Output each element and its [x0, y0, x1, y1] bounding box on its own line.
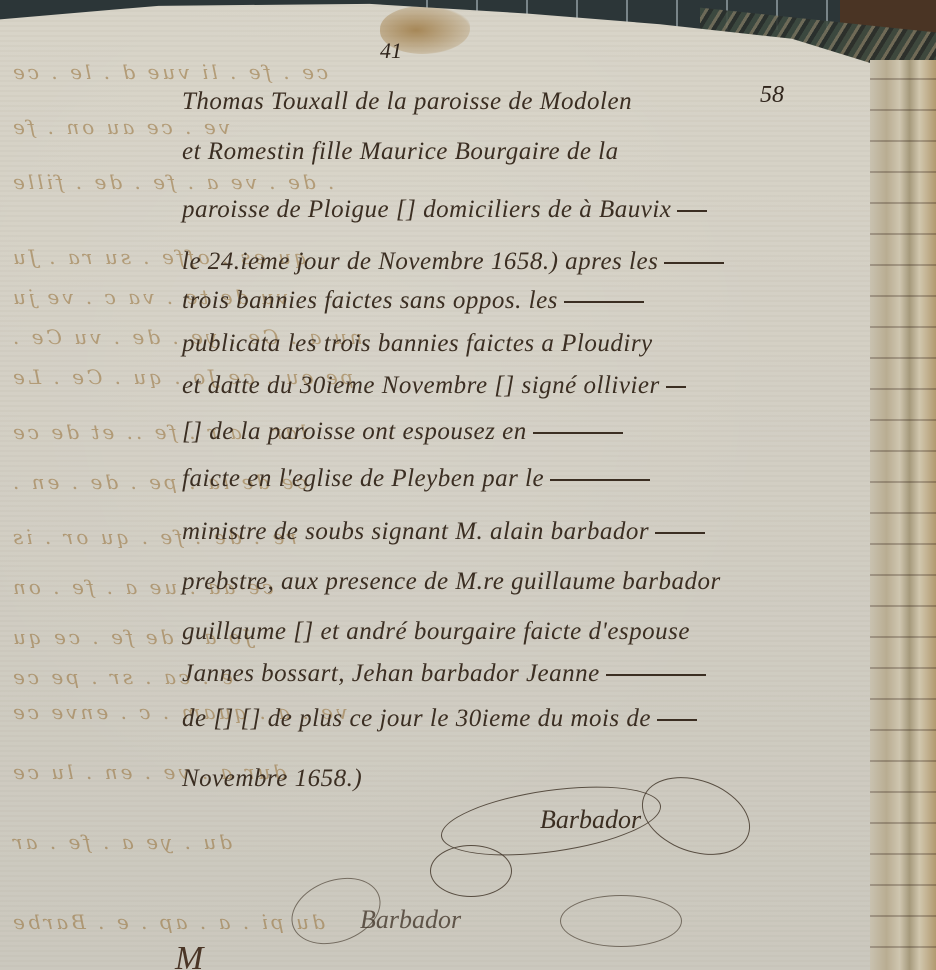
entry-line-14: de [] [] de plus ce jour le 30ieme du mo…	[182, 705, 697, 733]
signature-flourish	[560, 895, 682, 947]
entry-line-8: [] de la paroisse ont espousez en	[182, 418, 623, 446]
page-binding-edge	[870, 60, 936, 970]
bleed-through-line: ce . fe . li vue d . le . ce	[10, 60, 328, 84]
bleed-through-line: du pi . a . ap . e . Barbe	[10, 910, 325, 934]
entry-line-7: et datte du 30ieme Novembre [] signé oll…	[182, 372, 686, 400]
entry-line-1: Thomas Touxall de la paroisse de Modolen	[182, 88, 632, 116]
line-filler-rule	[564, 301, 644, 303]
entry-line-10: ministre de soubs signant M. alain barba…	[182, 518, 705, 546]
bleed-through-line: . de . ve a . fe . de . fille	[10, 170, 334, 194]
signature-flourish	[282, 866, 390, 956]
entry-line-5: trois bannies faictes sans oppos. les	[182, 287, 644, 315]
line-filler-rule	[677, 210, 707, 212]
signature-flourish	[631, 763, 761, 869]
entry-line-3: paroisse de Ploigue [] domiciliers de à …	[182, 196, 707, 224]
top-folio-mark: 41	[380, 38, 402, 64]
bleed-through-line: du . ye a . fe . ar	[10, 830, 232, 854]
line-filler-rule	[657, 719, 697, 721]
entry-line-11: prebstre, aux presence de M.re guillaume…	[182, 568, 721, 596]
next-entry-initial: M	[175, 940, 203, 970]
entry-line-15: Novembre 1658.)	[182, 765, 362, 793]
entry-line-13: Jannes bossart, Jehan barbador Jeanne	[182, 660, 706, 688]
line-filler-rule	[664, 262, 724, 264]
entry-line-9: faicte en l'eglise de Pleyben par le	[182, 465, 650, 493]
line-filler-rule	[666, 386, 686, 388]
signature-flourish	[430, 845, 512, 897]
folio-number: 58	[760, 82, 784, 109]
entry-line-6: publicata les trois bannies faictes a Pl…	[182, 330, 653, 358]
line-filler-rule	[533, 432, 623, 434]
bleed-through-line: ve . ce au on . fe	[10, 115, 230, 139]
entry-line-4: le 24.ieme jour de Novembre 1658.) apres…	[182, 248, 724, 276]
entry-line-12: guillaume [] et andré bourgaire faicte d…	[182, 618, 690, 646]
line-filler-rule	[655, 532, 705, 534]
line-filler-rule	[550, 479, 650, 481]
entry-line-2: et Romestin fille Maurice Bourgaire de l…	[182, 138, 619, 166]
line-filler-rule	[606, 674, 706, 676]
manuscript-page: ce . fe . li vue d . le . ce ve . ce au …	[0, 0, 880, 970]
